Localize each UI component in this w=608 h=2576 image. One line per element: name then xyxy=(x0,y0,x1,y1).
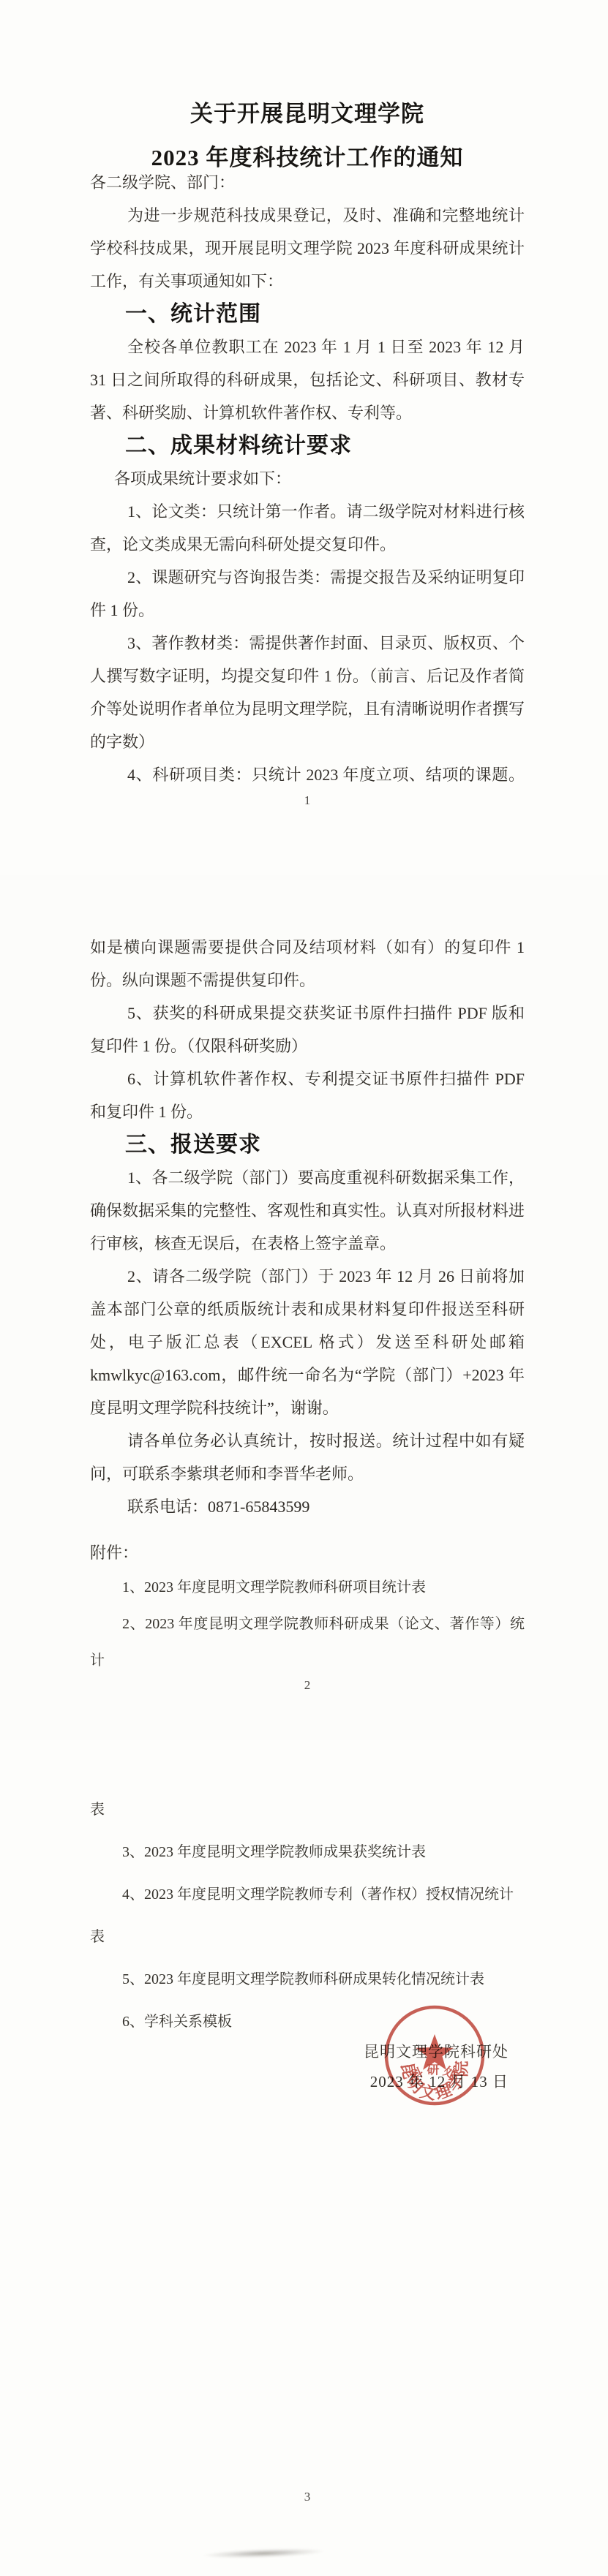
scope-paragraph: 全校各单位教职工在 2023 年 1 月 1 日至 2023 年 12 月 31… xyxy=(90,331,525,429)
submission-note-paragraph: 请各单位务必认真统计，按时报送。统计过程中如有疑问，可联系李紫琪老师和李晋华老师… xyxy=(90,1424,525,1490)
document-page-3: 表 3、2023 年度昆明文理学院教师成果获奖统计表 4、2023 年度昆明文理… xyxy=(0,1740,608,2576)
page2-body: 如是横向课题需要提供合同及结项材料（如有）的复印件 1 份。纵向课题不需提供复印… xyxy=(90,931,525,1523)
requirement-2-reports: 2、课题研究与咨询报告类：需提交报告及采纳证明复印件 1 份。 xyxy=(90,561,525,627)
salutation: 各二级学院、部门： xyxy=(90,166,525,199)
attachments-section: 附件： 1、2023 年度昆明文理学院教师科研项目统计表 2、2023 年度昆明… xyxy=(90,1536,525,1679)
submission-2-paragraph: 2、请各二级学院（部门）于 2023 年 12 月 26 日前将加盖本部门公章的… xyxy=(90,1260,525,1424)
official-seal: 昆明文理学院 科研处 xyxy=(372,1993,497,2118)
attachment-item-2-part2: 表 xyxy=(90,1789,525,1831)
heading-submission-requirements: 三、报送要求 xyxy=(90,1128,525,1161)
heading-statistics-scope: 一、统计范围 xyxy=(90,298,525,331)
title-line-1: 关于开展昆明文理学院 xyxy=(90,92,525,136)
contact-phone: 联系电话：0871-65843599 xyxy=(90,1490,525,1523)
document-page-1: 关于开展昆明文理学院 2023 年度科技统计工作的通知 各二级学院、部门： 为进… xyxy=(0,0,608,875)
requirement-4-projects-part2: 如是横向课题需要提供合同及结项材料（如有）的复印件 1 份。纵向课题不需提供复印… xyxy=(90,931,525,997)
requirement-5-awards: 5、获奖的科研成果提交获奖证书原件扫描件 PDF 版和复印件 1 份。（仅限科研… xyxy=(90,997,525,1062)
requirement-6-software-patents: 6、计算机软件著作权、专利提交证书原件扫描件 PDF 和复印件 1 份。 xyxy=(90,1062,525,1128)
page-number-2: 2 xyxy=(90,1678,525,1693)
scan-shadow-artifact xyxy=(203,2547,324,2560)
intro-paragraph: 为进一步规范科技成果登记，及时、准确和完整地统计学校科技成果，现开展昆明文理学院… xyxy=(90,199,525,298)
attachment-item-1: 1、2023 年度昆明文理学院教师科研项目统计表 xyxy=(90,1569,525,1606)
attachment-item-2-part1: 2、2023 年度昆明文理学院教师科研成果（论文、著作等）统计 xyxy=(90,1606,525,1679)
scanned-notice-document: 关于开展昆明文理学院 2023 年度科技统计工作的通知 各二级学院、部门： 为进… xyxy=(0,0,608,2576)
page1-body: 各二级学院、部门： 为进一步规范科技成果登记，及时、准确和完整地统计学校科技成果… xyxy=(90,166,525,791)
requirements-intro: 各项成果统计要求如下： xyxy=(90,462,525,495)
document-page-2: 如是横向课题需要提供合同及结项材料（如有）的复印件 1 份。纵向课题不需提供复印… xyxy=(0,875,608,1740)
submission-1-paragraph: 1、各二级学院（部门）要高度重视科研数据采集工作，确保数据采集的完整性、客观性和… xyxy=(90,1161,525,1260)
requirement-4-projects-part1: 4、科研项目类：只统计 2023 年度立项、结项的课题。 xyxy=(90,758,525,791)
requirement-1-papers: 1、论文类：只统计第一作者。请二级学院对材料进行核查，论文类成果无需向科研处提交… xyxy=(90,495,525,561)
heading-material-requirements: 二、成果材料统计要求 xyxy=(90,429,525,462)
attachment-item-4: 4、2023 年度昆明文理学院教师专利（著作权）授权情况统计表 xyxy=(90,1873,525,1958)
page-number-3: 3 xyxy=(90,2490,525,2504)
requirement-3-textbooks: 3、著作教材类：需提供著作封面、目录页、版权页、个人撰写数字证明，均提交复印件 … xyxy=(90,627,525,758)
attachments-label: 附件： xyxy=(90,1536,525,1569)
attachment-item-3: 3、2023 年度昆明文理学院教师成果获奖统计表 xyxy=(90,1831,525,1873)
page-number-1: 1 xyxy=(90,793,525,808)
